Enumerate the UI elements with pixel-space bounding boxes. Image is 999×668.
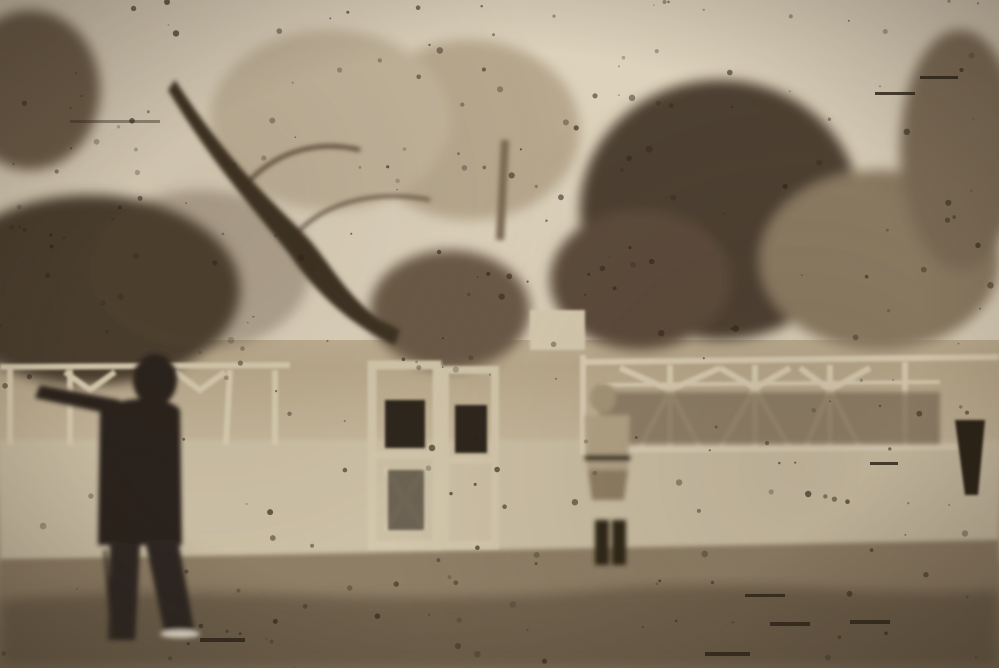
photo-scene (0, 0, 999, 668)
sepia-photograph: Vintage sepia photograph of a garden sce… (0, 0, 999, 668)
